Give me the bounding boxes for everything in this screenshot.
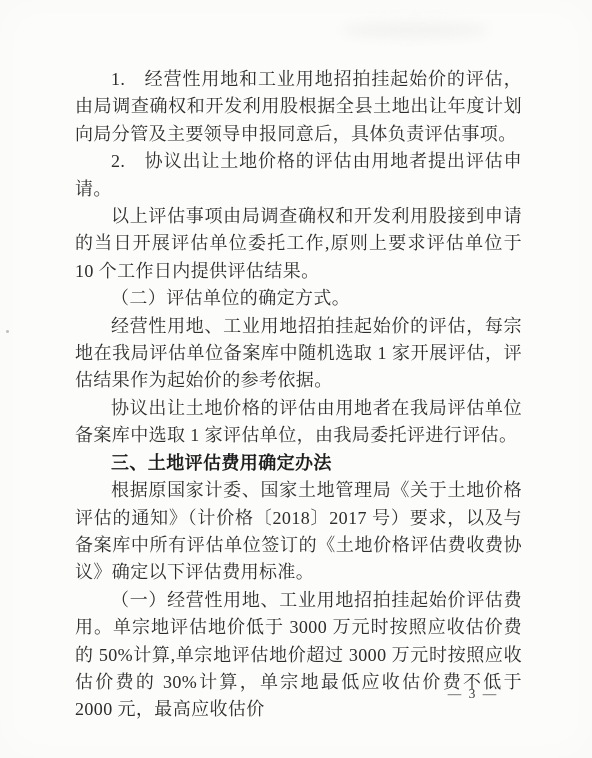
- page-number: — 3 —: [443, 686, 503, 702]
- paragraph: 根据原国家计委、国家土地管理局《关于土地价格评估的通知》（计价格〔2018〕20…: [75, 477, 522, 587]
- section-heading: 三、土地评估费用确定办法: [75, 450, 522, 477]
- paragraph: 2. 协议出让土地价格的评估由用地者提出评估申请。: [75, 148, 522, 203]
- paragraph: 以上评估事项由局调查确权和开发利用股接到申请的当日开展评估单位委托工作,原则上要…: [75, 203, 522, 285]
- paragraph: 经营性用地、工业用地招拍挂起始价的评估，每宗地在我局评估单位备案库中随机选取 1…: [75, 313, 522, 395]
- paragraph: 1. 经营性用地和工业用地招拍挂起始价的评估，由局调查确权和开发利用股根据全县土…: [75, 66, 522, 148]
- paragraph: （二）评估单位的确定方式。: [75, 285, 522, 312]
- scan-smudge-artifact: [340, 22, 490, 38]
- document-page: 1. 经营性用地和工业用地招拍挂起始价的评估，由局调查确权和开发利用股根据全县土…: [0, 0, 592, 758]
- paragraph: 协议出让土地价格的评估由用地者在我局评估单位备案库中选取 1 家评估单位，由我局…: [75, 395, 522, 450]
- document-body: 1. 经营性用地和工业用地招拍挂起始价的评估，由局调查确权和开发利用股根据全县土…: [75, 66, 522, 724]
- scan-speck-artifact: [6, 330, 9, 333]
- paragraph: （一）经营性用地、工业用地招拍挂起始价评估费用。单宗地评估地价低于 3000 万…: [75, 587, 522, 724]
